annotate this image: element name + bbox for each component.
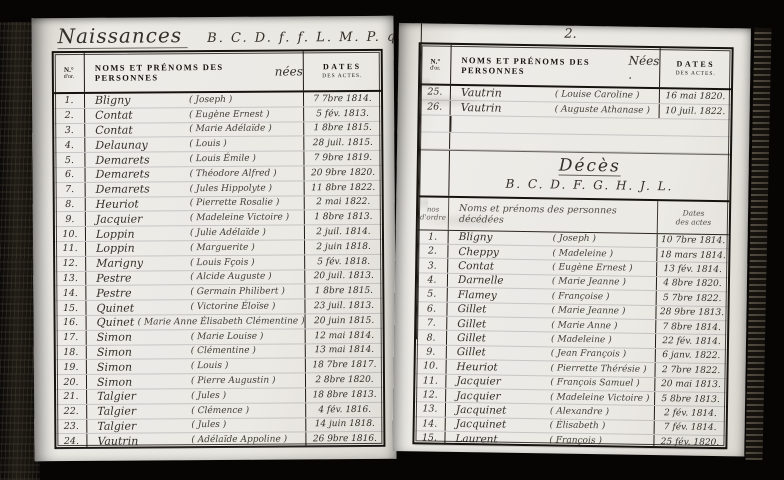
entry-given-names: ( Julie Adélaïde ) (190, 228, 266, 239)
entry-date: 18 8bre 1813. (305, 388, 383, 402)
header-number-col: N.° d'or. (420, 44, 452, 83)
entry-surname: Demarets (95, 153, 189, 167)
entry-number: 15. (55, 301, 86, 315)
entry-given-names: ( Jules Hippolyte ) (190, 183, 272, 194)
title-naissances: Naissances (57, 23, 188, 49)
entry-given-names: ( Eugène Ernest ) (552, 262, 633, 273)
entry-given-names: ( Marie Louise ) (191, 331, 264, 342)
entry-surname: Cheppy (458, 246, 552, 259)
entry-date: 2 mai 1822. (304, 195, 382, 209)
entry-number: 2. (54, 109, 85, 123)
entry-date: 1 8bre 1815. (304, 284, 382, 298)
left-page: Naissances B. C. D. f. f. L. M. P. q. S.… (31, 16, 396, 462)
entry-number: 13. (55, 271, 86, 285)
entry-given-names: ( Alcide Auguste ) (190, 272, 271, 283)
header-names-annotation: Nées . (628, 53, 659, 81)
entry-number: 12. (415, 388, 446, 402)
entry-number: 2. (417, 244, 448, 258)
entry-date: 5 fév. 1813. (303, 107, 381, 121)
entry-number: 5. (417, 287, 448, 301)
entry-surname: Jacquier (456, 375, 550, 388)
entry-surname: Gillet (457, 332, 551, 345)
entry-date: 4 fév. 1816. (305, 403, 383, 417)
entry-date: 2 juil. 1814. (304, 225, 382, 239)
entry-date: 20 juil. 1813. (304, 269, 382, 283)
entry-surname: Loppin (96, 242, 190, 256)
entry-number: 4. (54, 138, 85, 152)
entry-given-names: ( Joseph ) (189, 95, 232, 105)
entry-surname: Laurent (455, 433, 549, 446)
entry-number: 10. (55, 227, 86, 241)
entry-surname: Loppin (96, 227, 190, 241)
header-number-col: N.° d'or. (54, 53, 85, 92)
entry-date: 18 mars 1814. (656, 248, 728, 263)
entry-number: 1. (54, 94, 85, 108)
entry-date: 26 9bre 1816. (305, 432, 383, 446)
entry-number: 22. (56, 405, 87, 419)
entry-date: 7 fév. 1814. (654, 421, 726, 436)
entry-date: 2 juin 1818. (304, 240, 382, 254)
entry-number: 7. (416, 316, 447, 330)
entry-surname: Jacquier (96, 212, 190, 226)
entry-surname: Talgier (97, 404, 191, 418)
entry-number: 9. (55, 212, 86, 226)
entry-given-names: ( Louis Fçois ) (190, 257, 255, 267)
entry-number: 18. (56, 345, 87, 359)
entry-surname: Jacquinet (456, 404, 550, 417)
entry-given-names: ( Élisabeth ) (550, 421, 606, 432)
entry-given-names: ( Marie Jeanne ) (551, 306, 625, 317)
entry-surname: Jacquier (456, 390, 550, 403)
entry-number: 8. (55, 197, 86, 211)
deces-subheader: nos d'ordre Noms et prénoms des personne… (418, 197, 729, 235)
births-table: N.° d'or. NOMS ET PRÉNOMS DES PERSONNES … (52, 49, 386, 449)
deces-table-body: 1.Bligny( Joseph )10 7bre 1814.2.Cheppy(… (414, 230, 728, 451)
births-section-title: Naissances B. C. D. f. f. L. M. P. q. S.… (57, 21, 396, 48)
entry-number: 16. (56, 316, 87, 330)
entry-date: 25 fév. 1820. (653, 435, 725, 450)
entry-given-names: ( Louis Émile ) (189, 154, 256, 164)
entry-date: 1 8bre 1813. (304, 210, 382, 224)
entry-surname: Vautrin (461, 101, 555, 115)
entry-given-names: ( Germain Philibert ) (190, 287, 285, 298)
entry-given-names: ( Théodore Alfred ) (190, 168, 277, 179)
entry-date: 20 juin 1815. (305, 314, 383, 328)
entry-surname: Pestre (96, 271, 190, 285)
births-continued-body: 25.Vautrin( Louise Caroline )16 mai 1820… (420, 85, 731, 119)
entry-surname: Contat (95, 108, 189, 122)
entry-date: 28 9bre 1813. (655, 306, 727, 321)
entry-number: 9. (416, 345, 447, 359)
entry-number: 23. (56, 419, 87, 433)
entry-surname: Demarets (96, 168, 190, 182)
entry-number: 25. (420, 85, 451, 99)
entry-number: 10. (416, 359, 447, 373)
entry-given-names: ( Françoise ) (552, 291, 610, 302)
entry-given-names: ( Marie Jeanne ) (552, 277, 626, 288)
entry-date: 2 7bre 1822. (654, 363, 726, 378)
entry-number: 4. (417, 273, 448, 287)
entry-number: 13. (415, 403, 446, 417)
scanned-register-page: Naissances B. C. D. f. f. L. M. P. q. S.… (0, 0, 784, 480)
entry-given-names: ( Madeleine ) (551, 334, 612, 345)
entry-number: 26. (420, 100, 451, 114)
entry-surname: Vautrin (97, 434, 191, 448)
entry-date: 11 8bre 1822. (304, 181, 382, 195)
entry-surname: Vautrin (461, 86, 555, 100)
entry-date: 7 9bre 1819. (303, 151, 381, 165)
header-dates-col: DATES DES ACTES. (659, 48, 732, 88)
entry-date: 13 mai 1814. (305, 343, 383, 357)
entry-surname: Contat (95, 123, 189, 137)
entry-date: 22 fév. 1814. (655, 334, 727, 349)
entry-surname: Simon (97, 345, 191, 359)
entry-surname: Quinet (96, 301, 190, 315)
entry-given-names: ( Auguste Athanase ) (555, 104, 650, 115)
entry-date: 1 8bre 1815. (303, 121, 381, 135)
entry-surname: Pestre (96, 286, 190, 300)
entry-given-names: ( Louise Caroline ) (555, 89, 640, 100)
title-deces: Décès (559, 158, 621, 177)
entry-given-names: ( Louis ) (191, 361, 229, 371)
entry-date: 16 mai 1820. (659, 89, 731, 104)
entry-surname: Talgier (97, 419, 191, 433)
entry-number: 24. (56, 434, 87, 448)
entry-number: 3. (54, 123, 85, 137)
entry-surname: Talgier (97, 389, 191, 403)
entry-date: 6 janv. 1822. (655, 349, 727, 364)
entry-surname: Bligny (95, 94, 189, 108)
entry-number: 11. (415, 374, 446, 388)
entry-date: 5 8bre 1813. (654, 392, 726, 407)
entry-date: 20 mai 1813. (654, 378, 726, 393)
entry-date: 28 juil. 1815. (303, 136, 381, 150)
entry-given-names: ( Eugène Ernest ) (189, 109, 269, 120)
entry-given-names: ( Marie Adélaïde ) (189, 124, 272, 135)
entry-date: 12 mai 1814. (305, 329, 383, 343)
entry-given-names: ( Madeleine Victoire ) (550, 392, 649, 404)
entry-given-names: ( Jean François ) (551, 349, 627, 360)
entry-number: 1. (418, 230, 449, 244)
entry-surname: Simon (97, 330, 191, 344)
entry-number: 17. (56, 331, 87, 345)
entry-number: 20. (56, 375, 87, 389)
header-names-col: NOMS ET PRÉNOMS DES PERSONNES nées (85, 51, 303, 92)
entry-given-names: ( Louis ) (189, 139, 227, 149)
register-table-page2: N.° d'or. NOMS ET PRÉNOMS DES PERSONNES … (412, 42, 733, 449)
entry-surname: Simon (97, 375, 191, 389)
entry-surname: Gillet (457, 303, 551, 316)
entry-given-names: ( Victorine Éloïse ) (190, 302, 275, 313)
entry-surname: Demarets (96, 182, 190, 196)
subheader-dates-col: Dates des actes (657, 201, 729, 234)
entry-surname: Simon (97, 360, 191, 374)
page-number: 2. (564, 27, 577, 42)
entry-given-names: ( Pierrette Rosalie ) (190, 198, 280, 209)
entry-date: 4 8bre 1820. (656, 277, 728, 292)
entry-date: 7 8bre 1814. (655, 320, 727, 335)
entry-number: 7. (55, 183, 86, 197)
entry-number: 8. (416, 331, 447, 345)
entry-date: 14 juin 1818. (305, 417, 383, 431)
entry-given-names: ( François ) (549, 435, 602, 446)
entry-surname: Marigny (96, 256, 190, 270)
entry-date: 23 juil. 1813. (304, 299, 382, 313)
header-names-annotation: nées (275, 64, 303, 78)
entry-surname: Flamey (458, 289, 552, 302)
entry-date: 2 8bre 1820. (305, 373, 383, 387)
entry-surname: Bligny (459, 231, 553, 244)
title-commune-letters: B. C. D. f. f. L. M. P. q. S. C. D. (207, 29, 396, 46)
entry-surname: Darnelle (458, 274, 552, 287)
entry-date: 18 7bre 1817. (305, 358, 383, 372)
entry-number: 19. (56, 360, 87, 374)
births-table-header: N.° d'or. NOMS ET PRÉNOMS DES PERSONNES … (54, 51, 381, 94)
entry-given-names: ( Pierrette Thérésie ) (551, 363, 647, 375)
header-names-col: NOMS ET PRÉNOMS DES PERSONNES Nées . (451, 45, 660, 87)
entry-given-names: ( Jules ) (191, 420, 226, 430)
entry-date: 13 fév. 1814. (656, 262, 728, 277)
entry-number: 6. (416, 302, 447, 316)
entry-number: 3. (417, 259, 448, 273)
entry-surname: Quinet (97, 316, 138, 329)
entry-surname: Delaunay (95, 138, 189, 152)
entry-given-names: ( Alexandre ) (550, 406, 609, 417)
entry-given-names: ( Marie Anne ) (551, 320, 617, 331)
entry-given-names: ( Madeleine Victoire ) (190, 213, 289, 224)
entry-number: 15. (414, 431, 445, 445)
entry-surname: Jacquinet (456, 418, 550, 431)
entry-number: 5. (54, 153, 85, 167)
entry-number: 14. (415, 417, 446, 431)
entry-given-names: ( François Samuel ) (550, 378, 639, 389)
entry-given-names: ( Clémentine ) (191, 346, 256, 356)
subheader-names-col: Noms et prénoms des personnes décédées (449, 197, 657, 232)
entry-date: 20 9bre 1820. (303, 166, 381, 180)
entry-surname: Contat (458, 260, 552, 273)
right-page: 2. N.° d'or. NOMS ET PRÉNOMS DES PERSONN… (392, 23, 751, 456)
entry-number: 11. (55, 242, 86, 256)
entry-date: 10 7bre 1814. (657, 234, 729, 249)
entry-date: 5 7bre 1822. (656, 291, 728, 306)
entry-given-names: ( Joseph ) (553, 234, 596, 245)
entry-given-names: ( Marie Anne Élisabeth Clémentine ) (138, 316, 305, 327)
entry-date: 5 fév. 1818. (304, 255, 382, 269)
entry-given-names: ( Jules ) (191, 391, 226, 401)
entry-surname: Heuriot (457, 361, 551, 374)
subheader-number-col: nos d'ordre (418, 197, 449, 229)
entry-given-names: ( Pierre Augustin ) (191, 376, 276, 387)
header-dates-col: DATES DES ACTES. (303, 51, 381, 91)
deces-commune-letters: B. C. D. F. G. H. J. L. (505, 177, 673, 194)
entry-surname: Gillet (457, 346, 551, 359)
entry-given-names: ( Clémence ) (191, 405, 249, 415)
page2-table-header: N.° d'or. NOMS ET PRÉNOMS DES PERSONNES … (420, 44, 732, 90)
entry-number: 14. (55, 286, 86, 300)
entry-number: 6. (55, 168, 86, 182)
register-row: 24.Vautrin( Adélaïde Appoline )26 9bre 1… (56, 432, 383, 449)
entry-number: 12. (55, 257, 86, 271)
entry-surname: Heuriot (96, 197, 190, 211)
entry-surname: Gillet (457, 318, 551, 331)
births-table-body: 1.Bligny( Joseph )7 7bre 1814.2.Contat( … (54, 92, 383, 449)
entry-date: 2 fév. 1814. (654, 406, 726, 421)
entry-given-names: ( Marguerite ) (190, 243, 255, 253)
entry-date: 10 juil. 1822. (659, 104, 731, 119)
entry-number: 21. (56, 390, 87, 404)
entry-given-names: ( Madeleine ) (552, 248, 613, 259)
deces-section-header: Décès B. C. D. F. G. H. J. L. (418, 149, 730, 202)
entry-date: 7 7bre 1814. (303, 92, 381, 106)
entry-given-names: ( Adélaïde Appoline ) (191, 435, 287, 446)
